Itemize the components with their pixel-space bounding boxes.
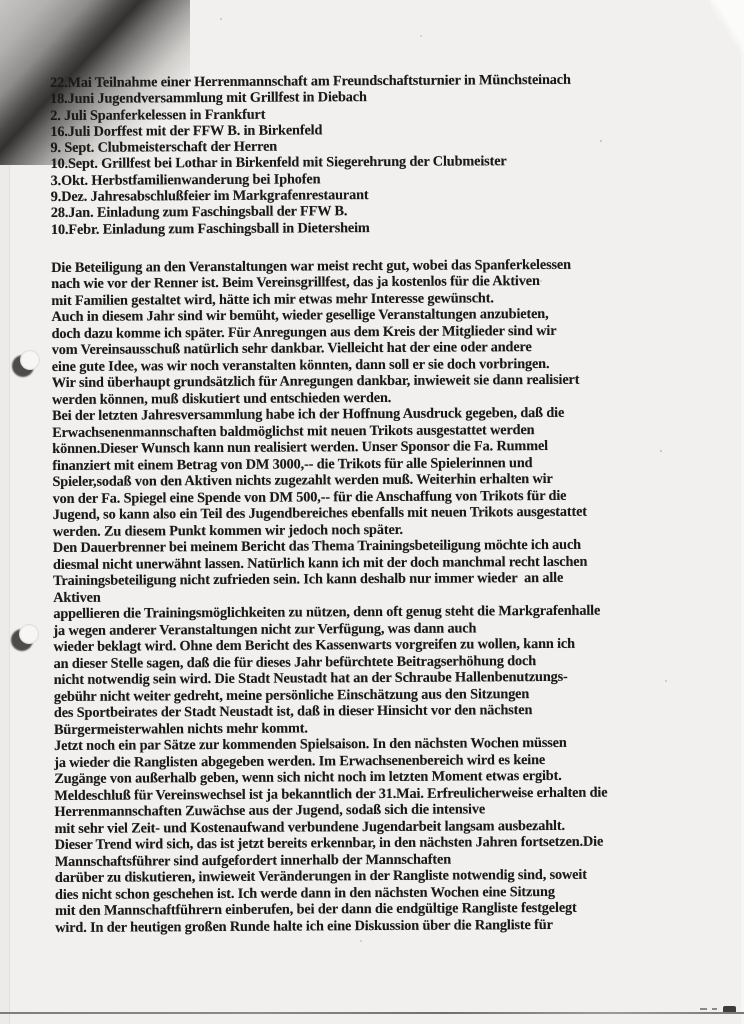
hole-punch-mark bbox=[11, 624, 43, 654]
schedule-event: Dorffest mit der FFW B. in Birkenfeld bbox=[94, 122, 323, 139]
schedule-date: 3.Okt. bbox=[51, 173, 88, 189]
schedule-date: 10.Febr. bbox=[51, 221, 99, 237]
schedule-event: Teilnahme einer Herrenmannschaft am Freu… bbox=[95, 72, 571, 91]
scanner-bottom-edge bbox=[0, 1012, 744, 1014]
schedule-date: 18.Juni bbox=[50, 91, 94, 107]
schedule-date: 10.Sept. bbox=[50, 156, 97, 172]
hole-punch-mark bbox=[12, 350, 44, 380]
event-schedule-list: 22.Mai Teilnahme einer Herrenmannschaft … bbox=[50, 71, 731, 238]
hole-punch-hole bbox=[19, 624, 39, 644]
schedule-event: Jahresabschlußfeier im Markgrafenrestaur… bbox=[91, 187, 369, 205]
schedule-event: Einladung zum Faschingsball der FFW B. bbox=[97, 204, 347, 222]
report-text-line: wird. In der heutigen großen Runde halte… bbox=[55, 916, 735, 937]
schedule-date: 28.Jan. bbox=[51, 205, 94, 221]
schedule-date: 16.Juli bbox=[50, 124, 90, 140]
schedule-date: 9. Sept. bbox=[50, 140, 94, 156]
scan-artifact-dash bbox=[712, 1008, 717, 1010]
schedule-event: Clubmeisterschaft der Herren bbox=[98, 139, 278, 156]
schedule-event: Grillfest bei Lothar in Birkenfeld mit S… bbox=[101, 154, 506, 172]
schedule-date: 2. Juli bbox=[50, 107, 86, 123]
schedule-event: Spanferkelessen in Frankfurt bbox=[90, 106, 265, 123]
scanned-document-page: 22.Mai Teilnahme einer Herrenmannschaft … bbox=[0, 0, 744, 1024]
schedule-date: 9.Dez. bbox=[51, 189, 88, 205]
scan-artifact-dash bbox=[700, 1008, 707, 1010]
hole-punch-hole bbox=[20, 350, 40, 370]
schedule-event: Einladung zum Faschingsball in Dietershe… bbox=[103, 220, 370, 238]
schedule-date: 22.Mai bbox=[50, 75, 92, 91]
document-content: 22.Mai Teilnahme einer Herrenmannschaft … bbox=[50, 71, 735, 937]
page-top-right-edge bbox=[710, 0, 744, 52]
schedule-event: Jugendversammlung mit Grillfest in Dieba… bbox=[97, 89, 366, 107]
report-body-text: Die Beteiligung an den Veranstaltungen w… bbox=[51, 256, 735, 937]
schedule-event: Herbstfamilienwanderung bei Iphofen bbox=[91, 171, 320, 188]
schedule-line: 10.Febr. Einladung zum Faschingsball in … bbox=[51, 218, 731, 238]
